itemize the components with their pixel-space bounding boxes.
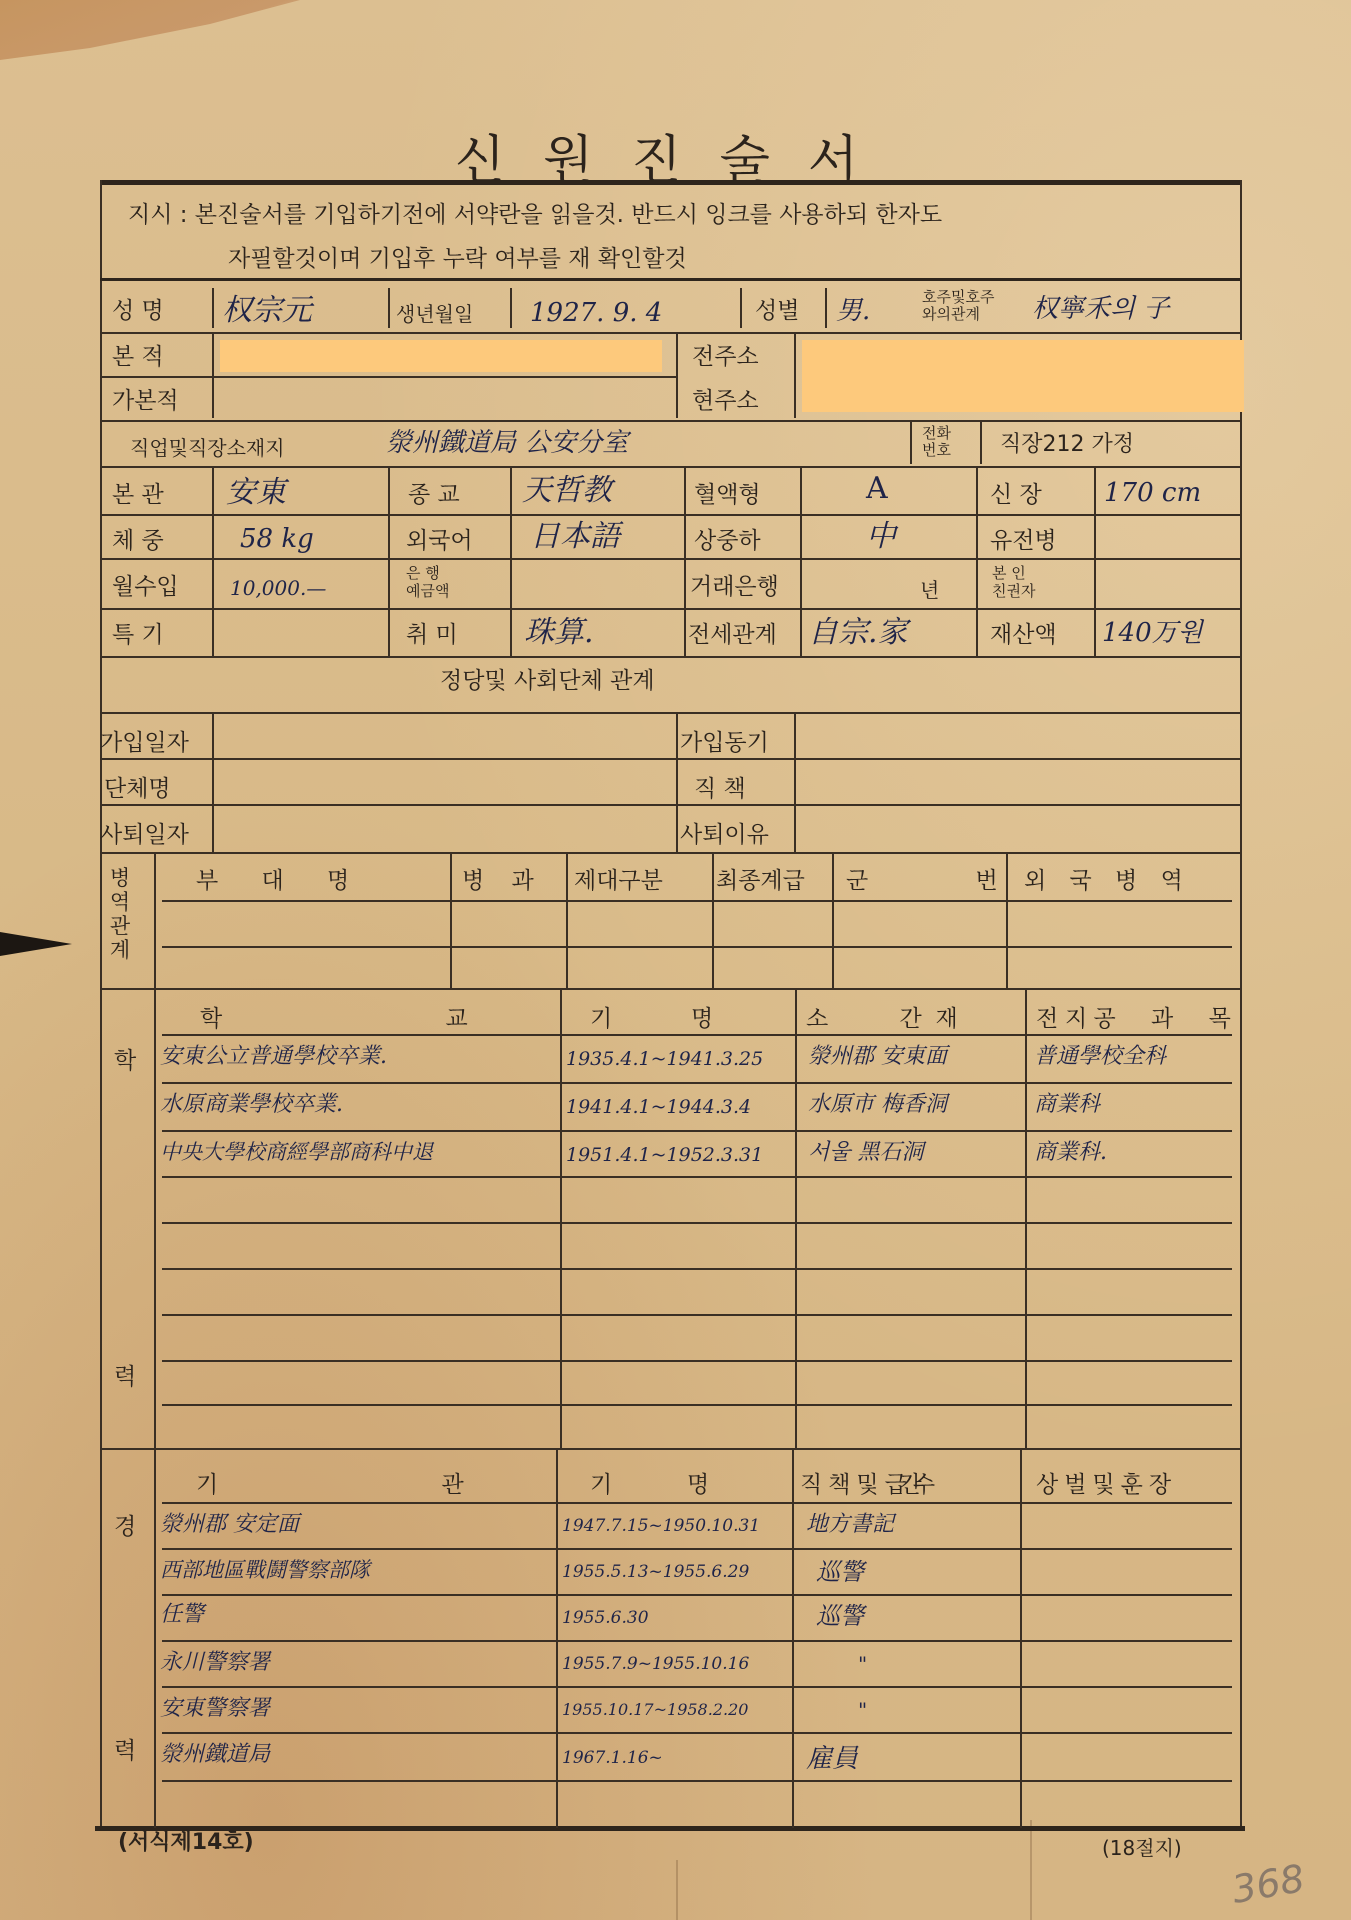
rule (162, 1686, 1232, 1688)
cell-divider (794, 334, 796, 418)
career-col-position: 직책및급수 (800, 1474, 941, 1497)
cell-divider (212, 714, 214, 854)
rule (162, 1502, 1232, 1504)
cell-divider (388, 468, 390, 658)
education-major[interactable]: 商業科. (1034, 1142, 1107, 1164)
frame-right (1240, 180, 1242, 1830)
career-position[interactable]: 地方書記 (806, 1514, 894, 1536)
career-period[interactable]: 1967.1.16~ (562, 1750, 663, 1767)
cell-divider (832, 854, 834, 988)
fold-crease (676, 1860, 678, 1920)
career-side-label-bottom: 력 (114, 1740, 136, 1763)
birth-value[interactable]: 1927. 9. 4 (530, 300, 662, 326)
career-col-awards: 상벌및훈장 (1036, 1474, 1177, 1497)
domicile-redaction (220, 340, 662, 372)
cell-divider (825, 288, 827, 328)
tenure-label: 전세관계 (688, 624, 777, 647)
rule (100, 514, 1240, 516)
guarantor-label-1: 본 인 (992, 566, 1026, 582)
language-label: 외국어 (406, 530, 473, 553)
education-col-major: 전 공 과 목 (1036, 1008, 1245, 1031)
phone-label-1: 전화 (922, 426, 951, 442)
cell-divider (800, 468, 802, 658)
name-label: 성 명 (112, 300, 164, 323)
phone-value[interactable]: 직장212 가정 (1000, 434, 1134, 456)
rule (162, 1594, 1232, 1596)
income-label: 월수입 (112, 576, 179, 599)
motive-label: 가입동기 (680, 732, 769, 755)
instruction-line-2: 자필할것이며 기입후 누락 여부를 재 확인할것 (228, 240, 687, 273)
career-period[interactable]: 1955.6.30 (562, 1610, 649, 1627)
rule (162, 1548, 1232, 1550)
rule (162, 1640, 1232, 1642)
military-col-foreign: 외 국 병 역 (1024, 870, 1191, 893)
binder-arrow-mark (0, 932, 72, 956)
rule (100, 332, 1240, 334)
education-side-label-top: 학 (114, 1050, 136, 1073)
form-number: (서식제14호) (118, 1832, 254, 1854)
rule (162, 1222, 1232, 1224)
rule (100, 758, 1240, 760)
phone-label-2: 번호 (922, 443, 951, 459)
blood-label: 혈액형 (694, 484, 761, 507)
education-major[interactable]: 商業科 (1034, 1094, 1100, 1116)
occupation-value[interactable]: 滎州鐵道局 公安分室 (386, 430, 628, 456)
bank-label: 거래은행 (690, 576, 779, 599)
disease-label: 유전병 (990, 530, 1057, 553)
career-period[interactable]: 1947.7.15~1950.10.31 (562, 1518, 760, 1535)
religion-label: 종 교 (408, 484, 460, 507)
religion-value[interactable]: 天哲教 (522, 476, 612, 506)
military-col-branch: 병 과 (462, 870, 544, 893)
rule (100, 656, 1240, 658)
education-school[interactable]: 水原商業學校卒業. (160, 1094, 343, 1116)
cell-divider (1094, 468, 1096, 658)
rule (162, 1360, 1232, 1362)
fold-crease (1030, 1820, 1032, 1920)
cell-divider (980, 422, 982, 464)
cell-divider (1025, 990, 1027, 1448)
career-org[interactable]: 西部地區戰鬪警察部隊 (160, 1560, 370, 1581)
career-org[interactable]: 滎州鐵道局 (160, 1744, 270, 1766)
rule (100, 278, 1240, 281)
address-redaction (802, 340, 1244, 412)
birth-label: 생년월일 (396, 304, 473, 325)
frame-top-rule (100, 180, 1240, 185)
education-period[interactable]: 1935.4.1~1941.3.25 (566, 1050, 763, 1069)
rule (100, 1448, 1240, 1450)
page-size-note: (18절지) (1102, 1838, 1182, 1858)
cell-divider (212, 288, 214, 328)
military-col-discharge: 제대구분 (574, 870, 663, 893)
rule (100, 558, 1240, 560)
hobby-label: 취 미 (406, 624, 458, 647)
career-position[interactable]: 巡警 (816, 1560, 864, 1584)
cell-divider (510, 468, 512, 658)
career-position[interactable]: " (858, 1700, 867, 1720)
assets-label: 재산액 (990, 624, 1057, 647)
military-col-rank: 최종계급 (716, 870, 805, 893)
cell-divider (388, 288, 390, 328)
career-period[interactable]: 1955.10.17~1958.2.20 (562, 1702, 748, 1718)
cell-divider (794, 714, 796, 854)
blood-value[interactable]: A (866, 474, 888, 504)
prev-address-label: 전주소 (692, 346, 759, 369)
clan-value[interactable]: 安東 (226, 478, 286, 508)
height-value[interactable]: 170 cm (1104, 480, 1201, 506)
hobby-value[interactable]: 珠算. (524, 618, 594, 648)
education-school[interactable]: 安東公立普通學校卒業. (160, 1046, 387, 1068)
language-value[interactable]: 日本語 (530, 522, 620, 552)
cell-divider (510, 288, 512, 328)
career-position[interactable]: " (858, 1654, 867, 1674)
position-label: 직 책 (694, 778, 746, 801)
level-value[interactable]: 中 (866, 522, 896, 552)
cell-divider (795, 990, 797, 1448)
military-col-serial: 군 번 (846, 870, 1048, 893)
instruction-line-1: 지시 : 본진술서를 기입하기전에 서약란을 읽을것. 반드시 잉크를 사용하되… (128, 196, 942, 229)
householder-value[interactable]: 权寧禾의 子 (1032, 296, 1169, 322)
cell-divider (560, 990, 562, 1448)
householder-label-2: 와의관계 (922, 307, 980, 323)
cell-divider (676, 714, 678, 854)
military-side-label: 병역관계 (106, 866, 134, 963)
rule (162, 1268, 1232, 1270)
assets-value[interactable]: 140万원 (1102, 620, 1203, 646)
rule (162, 1314, 1232, 1316)
career-side-label-top: 경 (114, 1516, 136, 1539)
cell-divider (684, 468, 686, 658)
height-label: 신 장 (990, 484, 1042, 507)
education-period[interactable]: 1941.4.1~1944.3.4 (566, 1098, 751, 1117)
education-location[interactable]: 水原市 梅香洞 (808, 1094, 947, 1116)
deposit-label-1: 은 행 (406, 566, 440, 582)
curr-address-label: 현주소 (692, 390, 759, 413)
cell-divider (450, 854, 452, 988)
rule (162, 1404, 1232, 1406)
sex-label: 성별 (755, 300, 799, 323)
rule (162, 1732, 1232, 1734)
guarantor-label-2: 친권자 (992, 584, 1035, 600)
rule (100, 466, 1240, 468)
education-school[interactable]: 中央大學校商經學部商科中退 (160, 1142, 433, 1163)
cell-divider (556, 1450, 558, 1828)
rule (162, 946, 1232, 948)
rule (100, 804, 1240, 806)
career-org[interactable]: 滎州郡 安定面 (160, 1514, 299, 1536)
rule (100, 712, 1240, 714)
career-period[interactable]: 1955.7.9~1955.10.16 (562, 1656, 749, 1673)
cell-divider (1020, 1450, 1022, 1828)
householder-label-1: 호주및호주 (922, 290, 994, 306)
rule (162, 1034, 1232, 1036)
rule (162, 1780, 1232, 1782)
level-label: 상중하 (694, 530, 761, 553)
education-side-label-bottom: 력 (114, 1366, 136, 1389)
cell-divider (910, 422, 912, 464)
clan-label: 본 관 (112, 484, 164, 507)
career-org[interactable]: 永川警察署 (160, 1652, 270, 1674)
rule (100, 420, 1240, 422)
bank-year-label: 년 (920, 580, 939, 600)
career-org[interactable]: 安東警察署 (160, 1698, 270, 1720)
join-date-label: 가입일자 (100, 732, 189, 755)
cell-divider (740, 288, 742, 328)
occupation-label: 직업및직장소재지 (130, 438, 285, 458)
sex-value[interactable]: 男. (836, 298, 870, 324)
career-position[interactable]: 雇員 (806, 1746, 858, 1772)
frame-bottom-rule (95, 1826, 1245, 1831)
prov-domicile-label: 가본적 (112, 390, 179, 413)
military-col-unit: 부 대 명 (196, 870, 367, 893)
career-period[interactable]: 1955.5.13~1955.6.29 (562, 1564, 749, 1581)
cell-divider (566, 854, 568, 988)
education-location[interactable]: 滎州郡 安東面 (808, 1046, 947, 1068)
career-position[interactable]: 巡警 (816, 1604, 864, 1628)
rule (162, 1130, 1232, 1132)
cell-divider (154, 854, 156, 988)
cell-divider (792, 1450, 794, 1828)
education-period[interactable]: 1951.4.1~1952.3.31 (566, 1146, 763, 1165)
name-value[interactable]: 权宗元 (222, 296, 312, 326)
cell-divider (976, 468, 978, 658)
deposit-label-2: 예금액 (406, 584, 449, 600)
org-label: 단체명 (104, 778, 171, 801)
tenure-value[interactable]: 自宗.家 (808, 618, 908, 648)
rule (100, 852, 1240, 854)
special-label: 특 기 (112, 624, 164, 647)
rule (100, 608, 1240, 610)
cell-divider (676, 334, 678, 418)
rule (100, 988, 1240, 990)
paper-background (0, 0, 1351, 1920)
income-value[interactable]: 10,000.— (230, 578, 326, 598)
cell-divider (154, 1450, 156, 1828)
rule (162, 1176, 1232, 1178)
education-major[interactable]: 普通學校全科 (1034, 1046, 1166, 1068)
weight-value[interactable]: 58 kg (240, 526, 314, 552)
domicile-label: 본 적 (112, 346, 164, 369)
education-location[interactable]: 서울 黑石洞 (808, 1142, 924, 1164)
cell-divider (212, 468, 214, 658)
career-org[interactable]: 任警 (160, 1604, 204, 1626)
weight-label: 체 중 (112, 530, 164, 553)
cell-divider (154, 990, 156, 1448)
rule (162, 1082, 1232, 1084)
rule (162, 900, 1232, 902)
leave-reason-label: 사퇴이유 (680, 824, 769, 847)
leave-date-label: 사퇴일자 (100, 824, 189, 847)
cell-divider (712, 854, 714, 988)
party-section-heading: 정당및 사회단체 관계 (440, 670, 655, 693)
frame-left (100, 180, 102, 1830)
rule (100, 376, 676, 378)
